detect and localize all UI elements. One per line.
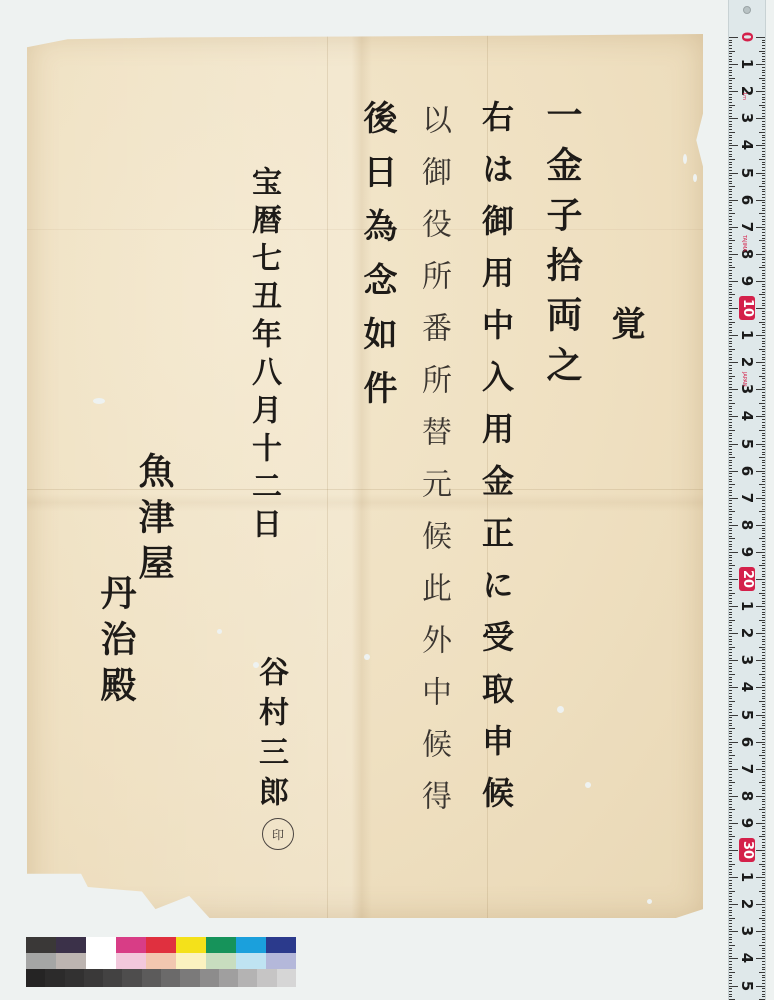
ruler-tick <box>762 731 765 732</box>
ruler-tick <box>762 923 765 924</box>
ruler-tick <box>729 124 732 125</box>
ruler-number: 4 <box>739 135 755 155</box>
ruler-number: 5 <box>739 163 755 183</box>
ruler-tick <box>762 790 765 791</box>
ruler-tick <box>762 40 765 41</box>
ruler-tick <box>762 373 765 374</box>
ruler-tick <box>756 498 765 499</box>
ruler-tick <box>762 503 765 504</box>
ruler-tick <box>762 500 765 501</box>
ruler-tick <box>729 872 732 873</box>
ruler-number: 6 <box>739 190 755 210</box>
text-line-3: 以御役所番所替元候此外中候得 <box>418 104 448 832</box>
ruler-tick <box>762 942 765 943</box>
ruler-tick <box>762 354 765 355</box>
ruler-tick <box>729 205 732 206</box>
ruler-tick <box>756 416 765 417</box>
ruler-tick <box>762 88 765 89</box>
color-swatch <box>277 969 296 987</box>
ruler-tick <box>729 706 732 707</box>
ruler-tick <box>729 929 732 930</box>
ruler-tick <box>762 912 765 913</box>
ruler-tick <box>762 278 765 279</box>
ruler-tick <box>762 622 765 623</box>
ruler-tick <box>729 763 732 764</box>
color-swatch <box>219 969 238 987</box>
ruler-tick <box>729 660 738 661</box>
ruler-tick <box>729 338 732 339</box>
ruler-tick <box>762 232 765 233</box>
ruler-tick <box>729 151 732 152</box>
ruler-tick <box>729 99 732 100</box>
ruler-tick <box>729 885 732 886</box>
ruler-tick <box>762 896 765 897</box>
ruler-tick <box>762 780 765 781</box>
ruler-tick <box>729 920 732 921</box>
ruler-tick <box>756 850 765 851</box>
ruler-tick <box>729 265 732 266</box>
ruler-tick <box>762 425 765 426</box>
ruler-tick <box>729 609 732 610</box>
ruler-tick <box>729 357 732 358</box>
ruler-tick <box>759 322 765 323</box>
ruler-tick <box>729 576 732 577</box>
ruler-tick <box>759 538 765 539</box>
ruler-tick <box>759 267 765 268</box>
ruler-tick <box>762 874 765 875</box>
ruler-tick <box>762 129 765 130</box>
ruler-tick <box>762 639 765 640</box>
ruler-tick <box>762 205 765 206</box>
ruler-tick <box>762 939 765 940</box>
ruler-tick <box>729 869 732 870</box>
ruler-tick <box>762 712 765 713</box>
ruler-tick <box>729 590 732 591</box>
ruler-tick <box>729 270 732 271</box>
ruler-number: 1 <box>739 596 755 616</box>
ruler-tick <box>729 181 732 182</box>
ruler-number: 7 <box>739 217 755 237</box>
ruler-tick <box>729 918 735 919</box>
ruler-tick <box>759 484 765 485</box>
ruler-tick <box>756 335 765 336</box>
ruler-tick <box>729 728 735 729</box>
ruler-tick <box>729 701 735 702</box>
ruler-tick <box>762 216 765 217</box>
ruler-tick <box>729 324 732 325</box>
ruler-tick <box>762 167 765 168</box>
ruler-tick <box>762 292 765 293</box>
ruler-tick <box>729 145 738 146</box>
ruler-tick <box>729 59 732 60</box>
ruler-number: 3 <box>739 650 755 670</box>
ruler-tick <box>729 839 732 840</box>
ruler-tick <box>762 311 765 312</box>
ruler-tick <box>762 706 765 707</box>
ruler-tick <box>762 953 765 954</box>
ruler-tick <box>762 536 765 537</box>
ruler-tick <box>762 880 765 881</box>
ruler-tick <box>759 755 765 756</box>
ruler-tick <box>762 771 765 772</box>
ruler-brand-mark: JAPAN <box>741 372 747 387</box>
ruler-tick <box>729 896 732 897</box>
ruler-tick <box>762 576 765 577</box>
ruler-tick <box>729 316 732 317</box>
ruler-tick <box>729 471 738 472</box>
ruler-tick <box>762 571 765 572</box>
ruler-tick <box>729 937 732 938</box>
ruler-tick <box>729 441 732 442</box>
ruler-number: 3 <box>739 921 755 941</box>
ruler-tick <box>762 598 765 599</box>
ruler-tick <box>762 690 765 691</box>
ruler-tick <box>729 449 732 450</box>
ruler-tick <box>762 685 765 686</box>
ruler-tick <box>729 351 732 352</box>
ruler-tick <box>762 752 765 753</box>
ruler-tick <box>729 682 732 683</box>
ruler-tick <box>762 666 765 667</box>
ruler-tick <box>762 649 765 650</box>
ruler-tick <box>762 761 765 762</box>
ruler-tick <box>762 595 765 596</box>
ruler-tick <box>729 969 732 970</box>
date-line: 宝暦七丑年八月十二日 <box>248 166 278 546</box>
ruler-tick <box>729 912 732 913</box>
ruler-tick <box>729 565 735 566</box>
color-swatch <box>45 969 64 987</box>
ruler-tick <box>729 666 732 667</box>
ruler-tick <box>729 102 732 103</box>
ruler-tick <box>762 961 765 962</box>
ruler-tick <box>759 51 765 52</box>
ruler-tick <box>729 406 732 407</box>
ruler-tick <box>762 636 765 637</box>
ruler-tick <box>762 476 765 477</box>
ruler-tick <box>762 845 765 846</box>
ruler-tick <box>762 164 765 165</box>
ruler-tick <box>729 194 732 195</box>
worm-hole <box>585 782 591 788</box>
ruler-number: 9 <box>739 271 755 291</box>
ruler-tick <box>762 433 765 434</box>
ruler-tick <box>729 931 738 932</box>
ruler-tick <box>729 362 738 363</box>
ruler-tick <box>729 221 732 222</box>
ruler-tick <box>762 305 765 306</box>
ruler-tick <box>729 530 732 531</box>
ruler-tick <box>729 877 738 878</box>
ruler-tick <box>762 568 765 569</box>
ruler-tick <box>762 655 765 656</box>
ruler-tick <box>729 40 732 41</box>
color-swatch <box>236 953 266 969</box>
ruler-tick <box>762 313 765 314</box>
ruler-tick <box>762 736 765 737</box>
ruler-tick <box>729 579 738 580</box>
color-swatch <box>236 937 266 953</box>
ruler-tick <box>729 717 732 718</box>
ruler-tick <box>729 416 738 417</box>
ruler-tick <box>729 555 732 556</box>
ruler-tick <box>756 118 765 119</box>
ruler-tick <box>729 191 732 192</box>
ruler-tick <box>756 64 765 65</box>
ruler-tick <box>729 961 732 962</box>
ruler-tick <box>729 804 732 805</box>
ruler-tick <box>762 289 765 290</box>
ruler-tick <box>762 446 765 447</box>
ruler-tick <box>762 178 765 179</box>
ruler-tick <box>756 715 765 716</box>
ruler-tick <box>729 257 732 258</box>
ruler-tick <box>729 546 732 547</box>
ruler-tick <box>762 435 765 436</box>
ruler-tick <box>729 349 735 350</box>
ruler-tick <box>729 801 732 802</box>
ruler-number: 9 <box>739 542 755 562</box>
ruler-tick <box>762 265 765 266</box>
ruler-tick <box>729 782 735 783</box>
ruler-tick <box>729 671 732 672</box>
ruler-tick <box>756 769 765 770</box>
signer-name: 谷村三郎 <box>255 656 285 816</box>
ruler-tick <box>729 460 732 461</box>
ruler-tick <box>729 630 732 631</box>
ruler-tick <box>729 677 732 678</box>
ruler-tick <box>729 750 732 751</box>
ruler-number: 5 <box>739 434 755 454</box>
ruler-tick <box>729 522 732 523</box>
addressee-line-1: 魚津屋 <box>136 452 172 590</box>
ruler-tick <box>762 319 765 320</box>
ruler-tick <box>729 907 732 908</box>
ruler-tick <box>762 907 765 908</box>
ruler-tick <box>729 88 732 89</box>
ruler-tick <box>762 994 765 995</box>
ruler-tick <box>729 983 732 984</box>
ruler-tick <box>762 758 765 759</box>
ruler-tick <box>762 286 765 287</box>
ruler-tick <box>759 782 765 783</box>
ruler-tick <box>729 61 732 62</box>
ruler-tick <box>762 324 765 325</box>
ruler-tick <box>729 259 732 260</box>
text-line-2: 右は御用中入用金正に受取申候 <box>480 100 512 828</box>
ruler-tick <box>729 704 732 705</box>
worm-hole <box>683 154 687 164</box>
ruler-tick <box>729 365 732 366</box>
ruler-tick <box>762 487 765 488</box>
ruler-tick <box>729 633 738 634</box>
text-line-4: 後日為念如件 <box>360 100 394 424</box>
text-line-1: 一金子拾両之 <box>544 96 580 396</box>
ruler-tick <box>729 926 732 927</box>
ruler-tick <box>762 817 765 818</box>
ruler-tick <box>729 376 735 377</box>
ruler-tick <box>762 815 765 816</box>
ruler-tick <box>729 853 732 854</box>
ruler-tick <box>762 481 765 482</box>
ruler-tick <box>762 406 765 407</box>
ruler-tick <box>762 61 765 62</box>
ruler-tick <box>762 509 765 510</box>
ruler-tick <box>729 739 732 740</box>
ruler-tick <box>729 213 735 214</box>
ruler-tick <box>762 479 765 480</box>
ruler-tick <box>762 929 765 930</box>
ruler-tick <box>759 647 765 648</box>
ruler-tick <box>762 251 765 252</box>
ruler-tick <box>729 143 732 144</box>
ruler-tick <box>729 910 732 911</box>
ruler-tick <box>756 91 765 92</box>
ruler-tick <box>729 956 732 957</box>
ruler-tick <box>729 500 732 501</box>
ruler-tick <box>762 723 765 724</box>
ruler-tick <box>762 847 765 848</box>
ruler-tick <box>729 303 732 304</box>
ruler-tick <box>762 397 765 398</box>
ruler-tick <box>762 438 765 439</box>
ruler-tick <box>729 888 732 889</box>
ruler-tick <box>729 289 732 290</box>
ruler-tick <box>762 126 765 127</box>
ruler-tick <box>729 503 732 504</box>
ruler-tick <box>762 582 765 583</box>
ruler-tick <box>729 799 732 800</box>
ruler-tick <box>729 113 732 114</box>
ruler-number: 6 <box>739 732 755 752</box>
ruler-tick <box>762 617 765 618</box>
ruler-tick <box>762 560 765 561</box>
ruler-tick <box>729 492 732 493</box>
ruler-tick <box>729 950 732 951</box>
ruler-tick <box>762 514 765 515</box>
ruler-tick <box>762 793 765 794</box>
ruler-tick <box>762 725 765 726</box>
ruler-tick <box>762 625 765 626</box>
ruler-tick <box>756 200 765 201</box>
ruler-tick <box>729 679 732 680</box>
ruler-tick <box>729 457 735 458</box>
ruler-tick <box>762 248 765 249</box>
ruler-tick <box>729 755 735 756</box>
ruler-tick <box>762 777 765 778</box>
ruler-tick <box>729 454 732 455</box>
ruler-tick <box>759 403 765 404</box>
ruler-tick <box>756 145 765 146</box>
ruler-tick <box>729 78 735 79</box>
ruler-tick <box>729 246 732 247</box>
ruler-tick <box>729 769 738 770</box>
ruler-tick <box>762 72 765 73</box>
ruler-tick <box>729 598 732 599</box>
ruler-tick <box>729 395 732 396</box>
ruler-tick <box>729 948 732 949</box>
ruler-number: 2 <box>739 623 755 643</box>
ruler-tick <box>729 923 732 924</box>
ruler-tick <box>762 194 765 195</box>
ruler-tick <box>759 945 765 946</box>
ruler-tick <box>762 67 765 68</box>
ruler-tick <box>762 257 765 258</box>
ruler-tick <box>729 118 738 119</box>
ruler-tick <box>729 300 732 301</box>
ruler-tick <box>729 275 732 276</box>
ruler-tick <box>762 671 765 672</box>
color-swatch <box>206 953 236 969</box>
ruler-tick <box>729 368 732 369</box>
ruler-tick <box>729 731 732 732</box>
ruler-tick <box>729 893 732 894</box>
ruler-number: 7 <box>739 759 755 779</box>
ruler-tick <box>762 677 765 678</box>
ruler-tick <box>762 97 765 98</box>
ruler-tick <box>762 419 765 420</box>
ruler-tick <box>729 517 732 518</box>
ruler-tick <box>729 975 732 976</box>
ruler-tick <box>729 685 732 686</box>
ruler-tick <box>762 546 765 547</box>
ruler-tick <box>762 733 765 734</box>
ruler-tick <box>762 644 765 645</box>
ruler-tick <box>762 855 765 856</box>
ruler-tick <box>729 170 732 171</box>
ruler-tick <box>729 319 732 320</box>
ruler-tick <box>729 823 738 824</box>
ruler-tick <box>729 845 732 846</box>
ruler-tick <box>762 197 765 198</box>
color-swatch <box>116 953 146 969</box>
ruler-tick <box>762 137 765 138</box>
ruler-tick <box>762 42 765 43</box>
ruler-tick <box>729 476 732 477</box>
ruler-tick <box>729 94 732 95</box>
ruler-tick <box>762 75 765 76</box>
ruler-tick <box>762 221 765 222</box>
ruler-tick <box>762 219 765 220</box>
ruler-tick <box>762 202 765 203</box>
ruler-tick <box>729 167 732 168</box>
ruler-tick <box>756 227 765 228</box>
ruler-tick <box>762 338 765 339</box>
ruler-tick <box>729 891 735 892</box>
ruler-tick <box>729 490 732 491</box>
ruler-tick <box>729 359 732 360</box>
ruler-tick <box>729 817 732 818</box>
ruler-tick <box>729 636 732 637</box>
ruler-tick <box>729 354 732 355</box>
ruler-tick <box>762 587 765 588</box>
ruler-tick <box>762 563 765 564</box>
ruler-tick <box>729 387 732 388</box>
ruler-tick <box>729 793 732 794</box>
ruler-tick <box>729 389 738 390</box>
ruler-tick <box>762 517 765 518</box>
ruler-tick <box>729 934 732 935</box>
ruler-tick <box>762 826 765 827</box>
ruler-tick <box>762 628 765 629</box>
ruler-tick <box>762 83 765 84</box>
ruler-tick <box>729 110 732 111</box>
ruler-tick <box>729 942 732 943</box>
color-swatch <box>86 953 116 969</box>
ruler-tick <box>729 254 738 255</box>
ruler-tick <box>729 972 735 973</box>
ruler-tick <box>729 137 732 138</box>
